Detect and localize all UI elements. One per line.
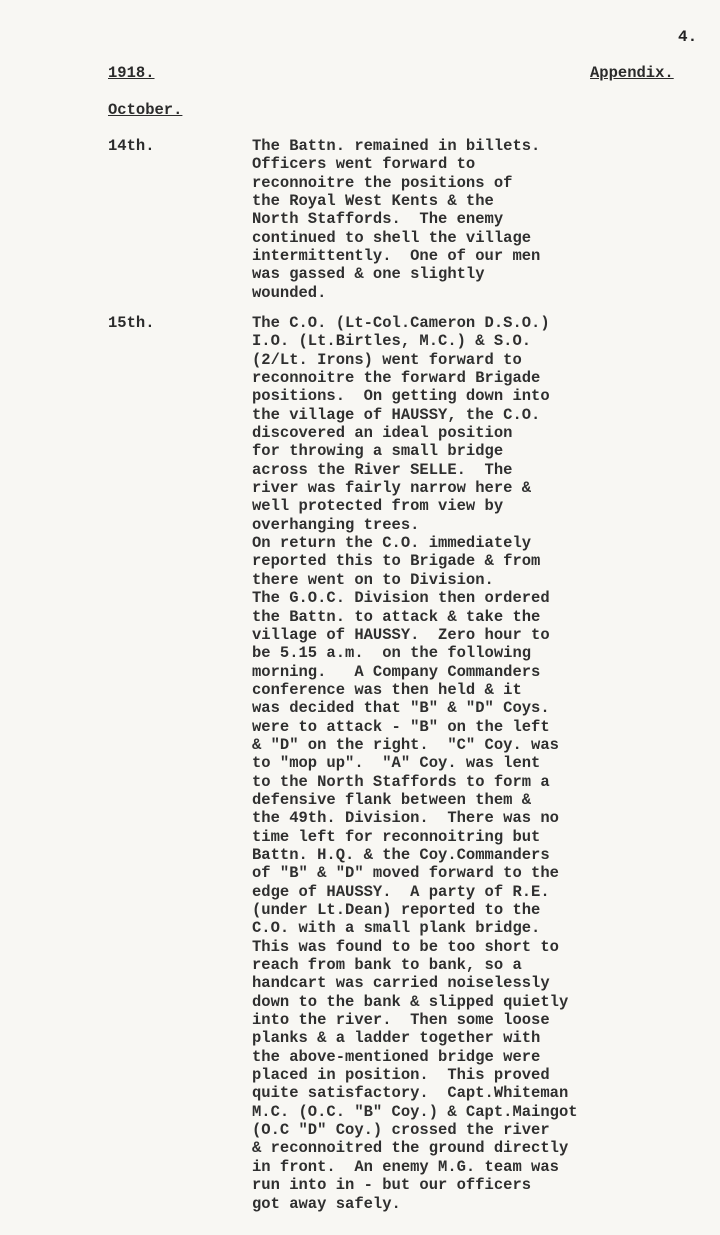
entry-line: time left for reconnoitring but — [252, 828, 712, 846]
entry-line: run into in - but our officers — [252, 1176, 712, 1194]
entry-body: The Battn. remained in billets. Officers… — [252, 137, 712, 302]
entry-line: the village of HAUSSY, the C.O. — [252, 406, 712, 424]
entry-line: wounded. — [252, 284, 712, 302]
entry-line: river was fairly narrow here & — [252, 479, 712, 497]
entry-line: defensive flank between them & — [252, 791, 712, 809]
entry-line: I.O. (Lt.Birtles, M.C.) & S.O. — [252, 332, 712, 350]
entry-line: conference was then held & it — [252, 681, 712, 699]
entry-line: (under Lt.Dean) reported to the — [252, 901, 712, 919]
entry-line: was gassed & one slightly — [252, 265, 712, 283]
entry-line: intermittently. One of our men — [252, 247, 712, 265]
entry-line: the Battn. to attack & take the — [252, 608, 712, 626]
entry-line: for throwing a small bridge — [252, 442, 712, 460]
entry-date: 14th. — [108, 137, 155, 155]
entry-line: placed in position. This proved — [252, 1066, 712, 1084]
entry-line: positions. On getting down into — [252, 387, 712, 405]
entry-line: (O.C "D" Coy.) crossed the river — [252, 1121, 712, 1139]
entry-line: planks & a ladder together with — [252, 1029, 712, 1047]
entry-line: The Battn. remained in billets. — [252, 137, 712, 155]
entry-line: North Staffords. The enemy — [252, 210, 712, 228]
entry-line: (2/Lt. Irons) went forward to — [252, 351, 712, 369]
entry-line: well protected from view by — [252, 497, 712, 515]
entry-line: reconnoitre the forward Brigade — [252, 369, 712, 387]
entry-line: the Royal West Kents & the — [252, 192, 712, 210]
entry-line: reported this to Brigade & from — [252, 552, 712, 570]
entry-line: across the River SELLE. The — [252, 461, 712, 479]
entry-line: morning. A Company Commanders — [252, 663, 712, 681]
entry-line: This was found to be too short to — [252, 938, 712, 956]
entry-line: & "D" on the right. "C" Coy. was — [252, 736, 712, 754]
entry-line: of "B" & "D" moved forward to the — [252, 864, 712, 882]
entry-line: there went on to Division. — [252, 571, 712, 589]
entry-line: be 5.15 a.m. on the following — [252, 644, 712, 662]
entry-line: got away safely. — [252, 1195, 712, 1213]
entry-line: down to the bank & slipped quietly — [252, 993, 712, 1011]
entry-line: edge of HAUSSY. A party of R.E. — [252, 883, 712, 901]
appendix-heading: Appendix. — [590, 64, 674, 82]
entry-line: handcart was carried noiselessly — [252, 974, 712, 992]
entry-line: The C.O. (Lt-Col.Cameron D.S.O.) — [252, 314, 712, 332]
page-number: 4. — [678, 28, 697, 46]
entry-line: the above-mentioned bridge were — [252, 1048, 712, 1066]
entry-line: in front. An enemy M.G. team was — [252, 1158, 712, 1176]
month-heading: October. — [108, 101, 182, 119]
entry-line: C.O. with a small plank bridge. — [252, 919, 712, 937]
entry-line: Battn. H.Q. & the Coy.Commanders — [252, 846, 712, 864]
year-heading: 1918. — [108, 64, 155, 82]
entry-line: reconnoitre the positions of — [252, 174, 712, 192]
entry-date: 15th. — [108, 314, 155, 332]
entry-line: into the river. Then some loose — [252, 1011, 712, 1029]
entry-line: On return the C.O. immediately — [252, 534, 712, 552]
entry-line: was decided that "B" & "D" Coys. — [252, 699, 712, 717]
entry-line: quite satisfactory. Capt.Whiteman — [252, 1084, 712, 1102]
entry-line: the 49th. Division. There was no — [252, 809, 712, 827]
entry-line: discovered an ideal position — [252, 424, 712, 442]
document-page: 4. 1918. Appendix. October. 14th. The Ba… — [0, 0, 720, 1235]
entry-line: & reconnoitred the ground directly — [252, 1139, 712, 1157]
entry-line: continued to shell the village — [252, 229, 712, 247]
entry-line: to "mop up". "A" Coy. was lent — [252, 754, 712, 772]
entry-line: overhanging trees. — [252, 516, 712, 534]
entry-body: The C.O. (Lt-Col.Cameron D.S.O.) I.O. (L… — [252, 314, 712, 1213]
entry-line: Officers went forward to — [252, 155, 712, 173]
entry-line: to the North Staffords to form a — [252, 773, 712, 791]
entry-line: reach from bank to bank, so a — [252, 956, 712, 974]
entry-line: M.C. (O.C. "B" Coy.) & Capt.Maingot — [252, 1103, 712, 1121]
entry-line: The G.O.C. Division then ordered — [252, 589, 712, 607]
entry-line: were to attack - "B" on the left — [252, 718, 712, 736]
entry-line: village of HAUSSY. Zero hour to — [252, 626, 712, 644]
